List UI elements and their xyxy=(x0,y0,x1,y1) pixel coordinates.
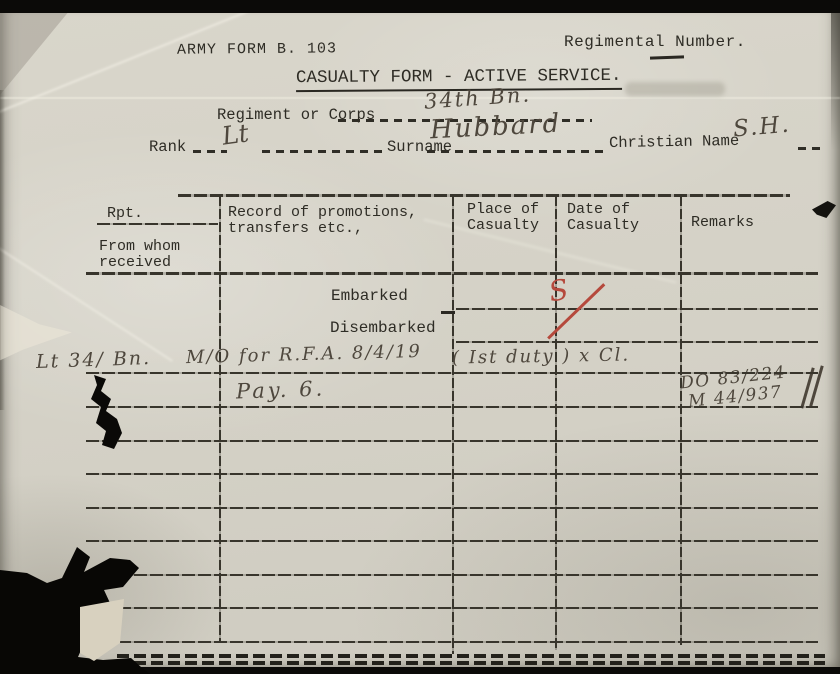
entry-record-2: Pay. 6. xyxy=(236,376,326,403)
embarked-label: Embarked xyxy=(331,287,408,305)
table-row-line xyxy=(86,540,818,542)
entry-from-whom: Lt 34/ Bn. xyxy=(36,347,152,373)
col-header-date: Date of Casualty xyxy=(567,202,657,234)
christian-name-value: S.H. xyxy=(732,112,792,143)
embarked-ruled-line xyxy=(456,308,818,310)
col-header-from-whom: From whom received xyxy=(99,239,217,271)
table-row-line xyxy=(86,473,818,475)
column-rule xyxy=(555,196,557,650)
table-row-line xyxy=(86,641,818,643)
table-top-border xyxy=(178,194,790,197)
entry-place-note: ( Ist duty ) x Cl. xyxy=(452,344,630,368)
disembarked-label: Disembarked xyxy=(330,319,436,337)
scan-strip-top xyxy=(0,0,840,13)
army-form-number: ARMY FORM B. 103 xyxy=(177,40,337,58)
header-bottom-border xyxy=(86,272,818,275)
rank-ruled-dashes xyxy=(262,150,386,153)
bottom-double-rule xyxy=(117,654,825,658)
column-rule xyxy=(680,196,682,645)
table-row-line xyxy=(86,574,818,576)
disembarked-ruled-line xyxy=(456,341,818,343)
bottom-double-rule xyxy=(117,661,825,665)
rank-value: Lt xyxy=(220,118,250,150)
scanned-document: ARMY FORM B. 103 Regimental Number. CASU… xyxy=(0,0,840,674)
col-header-place: Place of Casualty xyxy=(467,202,557,234)
column-rule xyxy=(452,196,454,654)
rank-label: Rank xyxy=(149,138,186,156)
christian-name-label: Christian Name xyxy=(609,132,740,152)
embarked-dash xyxy=(441,311,455,314)
col-header-remarks: Remarks xyxy=(691,214,754,231)
table-row-line xyxy=(86,406,818,408)
rpt-underline xyxy=(97,223,218,225)
col-header-rpt: Rpt. xyxy=(107,205,143,222)
table-row-line xyxy=(86,507,818,509)
surname-ruled-dashes xyxy=(427,150,607,153)
col-header-record: Record of promotions, transfers etc., xyxy=(228,205,456,237)
regimental-number-label: Regimental Number. xyxy=(564,33,746,51)
christian-ruled-dashes xyxy=(798,147,824,150)
table-row-line xyxy=(86,440,818,442)
table-row-line xyxy=(86,372,818,374)
table-row-line xyxy=(86,607,818,609)
rank-ruled-dashes xyxy=(193,150,227,153)
